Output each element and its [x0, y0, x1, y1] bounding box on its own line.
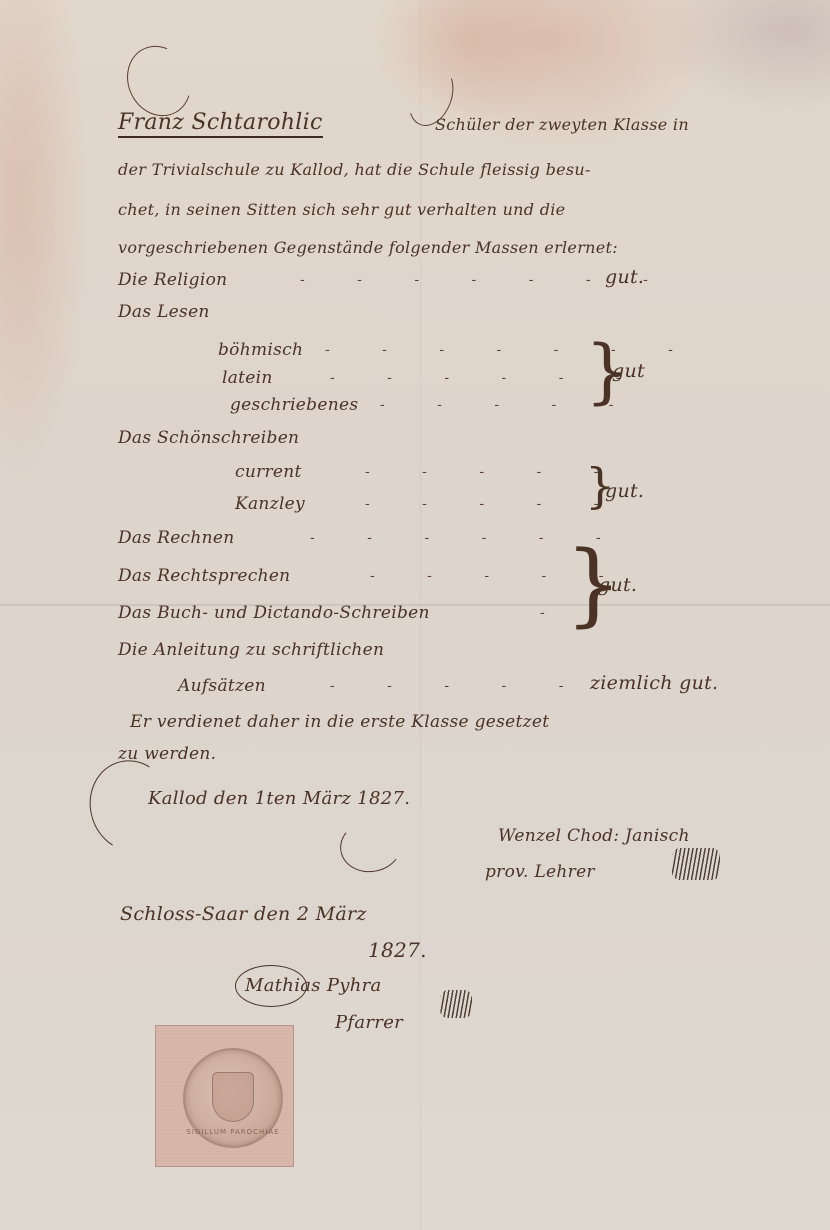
subject-label: current [235, 462, 302, 482]
subject-grade: ziemlich gut. [590, 672, 718, 694]
leader-dots: - - - - - - - [325, 342, 697, 358]
subject-label: böhmisch [218, 340, 303, 360]
decorative-flourish [336, 815, 406, 877]
subject-label: geschriebenes [230, 395, 358, 415]
pastor-signature-title: Pfarrer [335, 1012, 403, 1033]
intro-line: der Trivialschule zu Kallod, hat die Sch… [118, 160, 591, 179]
conclusion-line: Er verdienet daher in die erste Klasse g… [130, 712, 549, 732]
signature-scribble [440, 990, 472, 1018]
intro-line: vorgeschriebenen Gegenstände folgender M… [118, 238, 618, 257]
subject-label: Kanzley [235, 494, 305, 514]
teacher-signature-title: prov. Lehrer [485, 862, 595, 882]
subject-label: Das Rechnen [118, 528, 234, 548]
subject-label: Aufsätzen [178, 676, 266, 696]
pastor-signature-name: Mathias Pyhra [245, 975, 382, 996]
student-name: Franz Schtarohlic [118, 110, 323, 138]
document-page: Franz Schtarohlic Schüler der zweyten Kl… [0, 0, 830, 1230]
subject-label: Das Lesen [118, 302, 210, 322]
intro-line: chet, in seinen Sitten sich sehr gut ver… [118, 200, 565, 219]
endorsement-year: 1827. [368, 938, 427, 962]
subject-label: Die Religion [118, 270, 227, 290]
embossed-seal: SIGILLUM PAROCHIAE [155, 1025, 294, 1167]
group-grade: gut. [605, 480, 644, 502]
subject-label: latein [222, 368, 273, 388]
teacher-signature-name: Wenzel Chod: Janisch [498, 826, 690, 846]
intro-line: Schüler der zweyten Klasse in [435, 115, 689, 134]
subject-label: Das Buch- und Dictando-Schreiben [118, 603, 430, 623]
place-date: Kallod den 1ten März 1827. [148, 788, 410, 809]
subject-label: Das Rechtsprechen [118, 566, 290, 586]
leader-dots: - - - - - [365, 496, 622, 512]
seal-shield-icon [212, 1072, 254, 1122]
leader-dots: - - - - - [330, 678, 587, 694]
group-grade: gut [612, 360, 645, 382]
subject-label: Das Schönschreiben [118, 428, 299, 448]
seal-legend: SIGILLUM PAROCHIAE [185, 1128, 281, 1136]
subject-label: Die Anleitung zu schriftlichen [118, 640, 384, 660]
leader-dots: - - - - - [365, 464, 622, 480]
endorsement-place-date: Schloss-Saar den 2 März [120, 903, 367, 925]
seal-emblem-icon: SIGILLUM PAROCHIAE [183, 1048, 283, 1148]
subject-grade: gut. [605, 266, 644, 288]
group-grade: gut. [598, 574, 637, 596]
signature-scribble [672, 848, 720, 880]
